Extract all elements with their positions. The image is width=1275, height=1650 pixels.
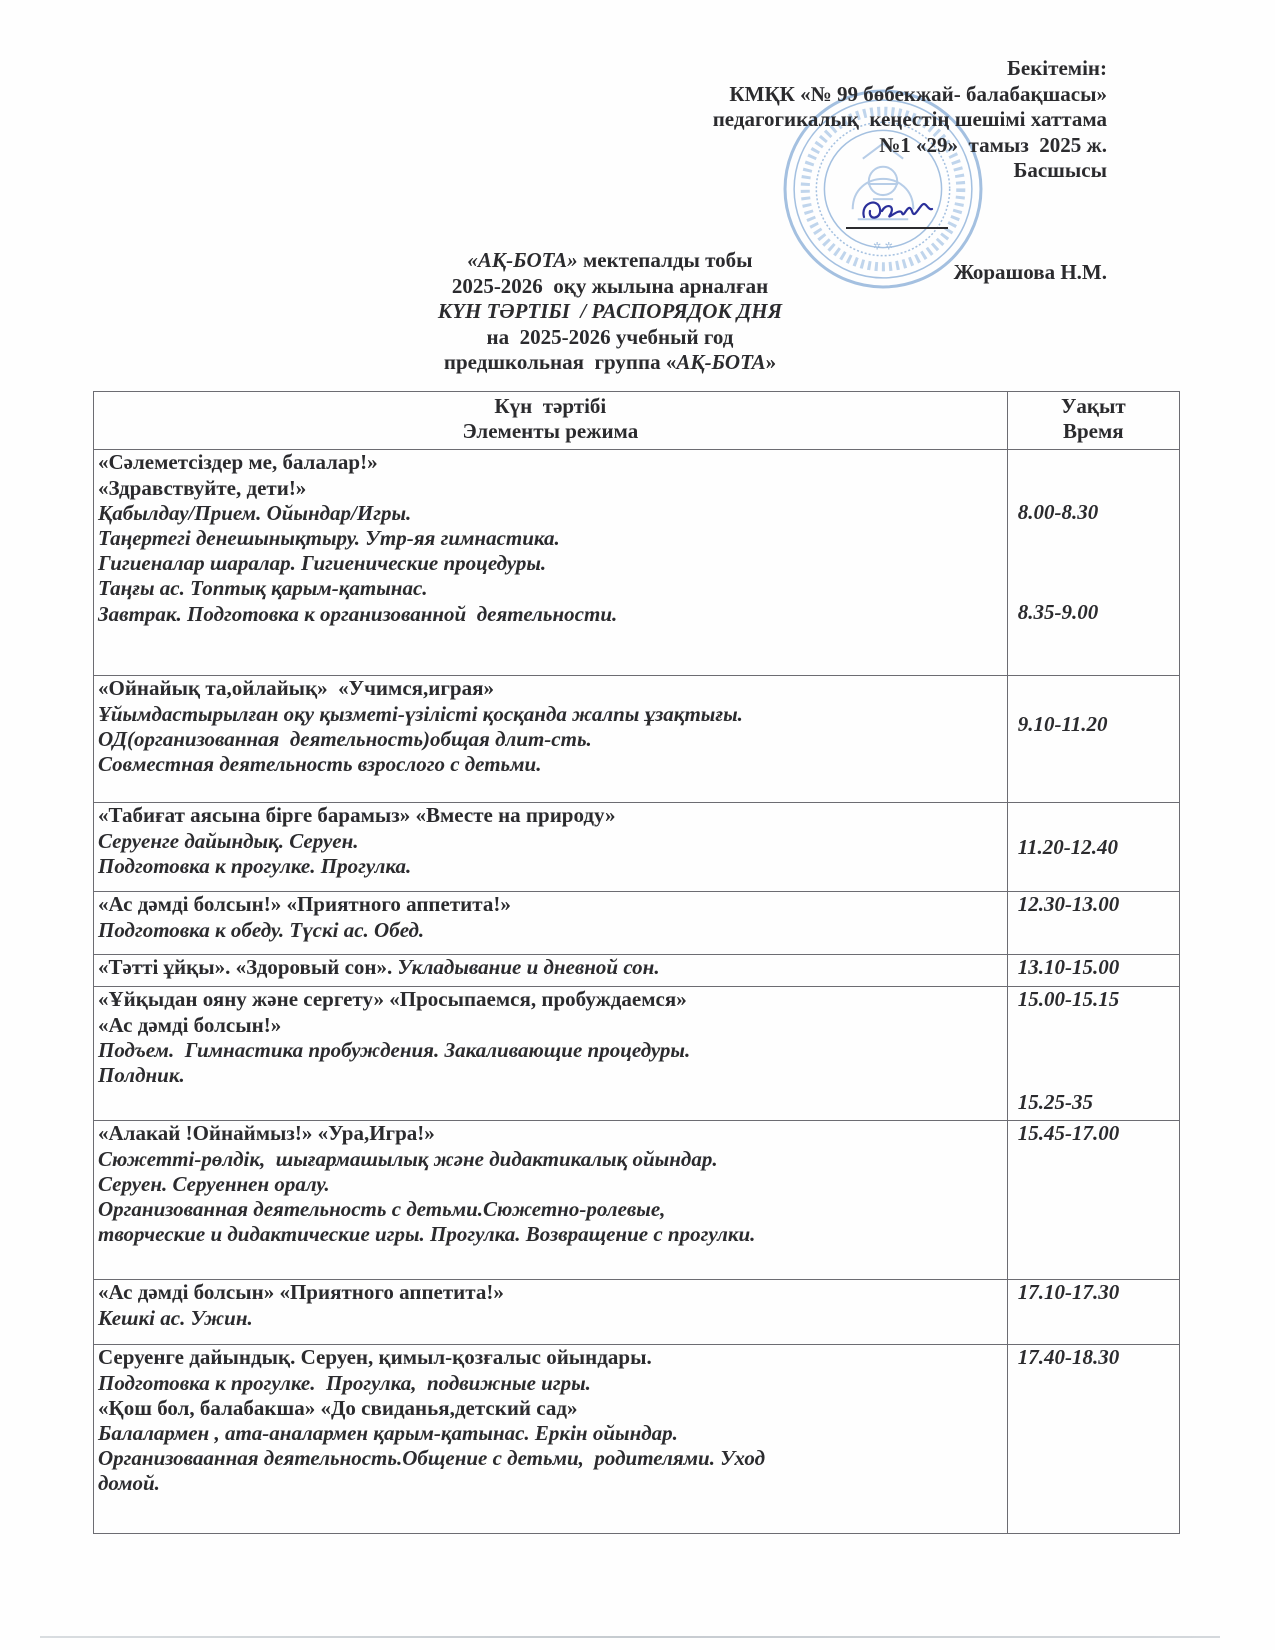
- schedule-activity-cell: «Ас дәмді болсын» «Приятного аппетита!»К…: [94, 1280, 1008, 1345]
- activity-line: Подъем. Гимнастика пробуждения. Закалива…: [98, 1038, 1003, 1063]
- approval-line: КМҚК «№ 99 бөбекжай- балабақшасы»: [487, 82, 1107, 108]
- activity-line: «Ас дәмді болсын!»: [98, 1013, 1003, 1038]
- approval-line: №1 «29» тамыз 2025 ж.: [487, 133, 1107, 159]
- time-range: 13.10-15.00: [1018, 955, 1175, 980]
- activity-line: «Ойнайық та,ойлайық» «Учимся,играя»: [98, 676, 1003, 701]
- schedule-time-cell: 8.00-8.308.35-9.00: [1007, 450, 1179, 676]
- activity-line: Серуенге дайындық. Серуен, қимыл-қозғалы…: [98, 1345, 1003, 1370]
- activity-line: Гигиеналар шаралар. Гигиенические процед…: [98, 551, 1003, 576]
- activity-line: «Тәтті ұйқы». «Здоровый сон».: [98, 955, 398, 979]
- activity-line: творческие и дидактические игры. Прогулк…: [98, 1222, 1003, 1247]
- table-header-row: Күн тәртібі Элементы режима Уақыт Время: [94, 392, 1180, 450]
- signature-icon: [856, 189, 936, 229]
- time-range: 15.00-15.15: [1018, 987, 1120, 1012]
- schedule-time-cell: 9.10-11.20: [1007, 676, 1179, 803]
- activity-line: «Қош бол, балабакша» «До свиданья,детски…: [98, 1396, 1003, 1421]
- schedule-activity-cell: «Алакай !Ойнаймыз!» «Ура,Игра!»Сюжетті-р…: [94, 1121, 1008, 1280]
- activity-line: Серуен. Серуеннен оралу.: [98, 1172, 1003, 1197]
- activity-line: Совместная деятельность взрослого с деть…: [98, 752, 1003, 777]
- approval-line: педагогикалық кеңестің шешімі хаттама: [487, 107, 1107, 133]
- schedule-activity-cell: «Ас дәмді болсын!» «Приятного аппетита!»…: [94, 892, 1008, 955]
- time-range: 11.20-12.40: [1018, 835, 1118, 860]
- schedule-time-cell: 13.10-15.00: [1007, 955, 1179, 987]
- time-range: 9.10-11.20: [1018, 712, 1108, 737]
- schedule-time-cell: 17.10-17.30: [1007, 1280, 1179, 1345]
- group-title-ru: предшкольная группа «АҚ-БОТА»: [330, 350, 890, 376]
- signature-line: [846, 209, 948, 229]
- activity-line: Таңертегі денешынықтыру. Утр-яя гимнасти…: [98, 526, 1003, 551]
- activity-line: «Ас дәмді болсын» «Приятного аппетита!»: [98, 1280, 1003, 1305]
- time-range: 8.00-8.30: [1018, 500, 1099, 525]
- schedule-activity-cell: «Ұйқыдан ояну және сергету» «Просыпаемся…: [94, 987, 1008, 1121]
- schedule-activity-cell: «Табиғат аясына бірге барамыз» «Вместе н…: [94, 803, 1008, 892]
- table-row: «Тәтті ұйқы». «Здоровый сон». Укладывани…: [94, 955, 1180, 987]
- time-range: 15.25-35: [1018, 1090, 1093, 1115]
- column-header-time: Уақыт Время: [1007, 392, 1179, 450]
- activity-line: Сюжетті-рөлдік, шығармашылық және дидакт…: [98, 1147, 1003, 1172]
- time-range: 17.40-18.30: [1018, 1345, 1175, 1370]
- activity-line: «Здравствуйте, дети!»: [98, 476, 1003, 501]
- activity-line: ОД(организованная деятельность)общая дли…: [98, 727, 1003, 752]
- approval-line: Бекітемін:: [487, 56, 1107, 82]
- table-row: «Ұйқыдан ояну және сергету» «Просыпаемся…: [94, 987, 1180, 1121]
- table-row: «Табиғат аясына бірге барамыз» «Вместе н…: [94, 803, 1180, 892]
- table-row: «Ойнайық та,ойлайық» «Учимся,играя»Ұйымд…: [94, 676, 1180, 803]
- activity-line: «Ас дәмді болсын!» «Приятного аппетита!»: [98, 892, 1003, 917]
- activity-line: Подготовка к обеду. Түскі ас. Обед.: [98, 918, 1003, 943]
- academic-year-ru: на 2025-2026 учебный год: [330, 325, 890, 351]
- approval-line: Басшысы: [487, 158, 1107, 184]
- table-row: «Алакай !Ойнаймыз!» «Ура,Игра!»Сюжетті-р…: [94, 1121, 1180, 1280]
- time-range: 17.10-17.30: [1018, 1280, 1175, 1305]
- daily-schedule-table: Күн тәртібі Элементы режима Уақыт Время …: [93, 391, 1180, 1534]
- activity-line: Подготовка к прогулке. Прогулка.: [98, 854, 1003, 879]
- activity-line: Таңғы ас. Топтық қарым-қатынас.: [98, 576, 1003, 601]
- table-row: «Сәлеметсіздер ме, балалар!»«Здравствуйт…: [94, 450, 1180, 676]
- activity-line: Серуенге дайындық. Серуен.: [98, 829, 1003, 854]
- time-range: 15.45-17.00: [1018, 1121, 1175, 1146]
- table-row: Серуенге дайындық. Серуен, қимыл-қозғалы…: [94, 1345, 1180, 1534]
- schedule-activity-cell: «Сәлеметсіздер ме, балалар!»«Здравствуйт…: [94, 450, 1008, 676]
- table-row: «Ас дәмді болсын» «Приятного аппетита!»К…: [94, 1280, 1180, 1345]
- schedule-time-cell: 15.45-17.00: [1007, 1121, 1179, 1280]
- activity-line: Кешкі ас. Ужин.: [98, 1306, 1003, 1331]
- scan-edge-divider: [40, 1636, 1220, 1638]
- signatory-name: Жорашова Н.М.: [954, 260, 1107, 284]
- activity-line: Қабылдау/Прием. Ойындар/Игры.: [98, 501, 1003, 526]
- activity-line: Организованная деятельность с детьми.Сюж…: [98, 1197, 1003, 1222]
- signatory-line: Жорашова Н.М.: [487, 184, 1107, 312]
- activity-line: «Табиғат аясына бірге барамыз» «Вместе н…: [98, 803, 1003, 828]
- time-range: 8.35-9.00: [1018, 600, 1099, 625]
- schedule-time-cell: 11.20-12.40: [1007, 803, 1179, 892]
- activity-line: Полдник.: [98, 1063, 1003, 1088]
- activity-line: Завтрак. Подготовка к организованной дея…: [98, 602, 1003, 627]
- schedule-time-cell: 15.00-15.1515.25-35: [1007, 987, 1179, 1121]
- schedule-activity-cell: «Тәтті ұйқы». «Здоровый сон». Укладывани…: [94, 955, 1008, 987]
- schedule-activity-cell: Серуенге дайындық. Серуен, қимыл-қозғалы…: [94, 1345, 1008, 1534]
- activity-line: Ұйымдастырылған оқу қызметі-үзілісті қос…: [98, 702, 1003, 727]
- table-row: «Ас дәмді болсын!» «Приятного аппетита!»…: [94, 892, 1180, 955]
- activity-line-tail: Укладывание и дневной сон.: [398, 955, 660, 979]
- time-range: 12.30-13.00: [1018, 892, 1175, 917]
- column-header-elements: Күн тәртібі Элементы режима: [94, 392, 1008, 450]
- activity-line: Балалармен , ата-аналармен қарым-қатынас…: [98, 1421, 1003, 1446]
- schedule-time-cell: 17.40-18.30: [1007, 1345, 1179, 1534]
- activity-line: «Алакай !Ойнаймыз!» «Ура,Игра!»: [98, 1121, 1003, 1146]
- activity-line: «Сәлеметсіздер ме, балалар!»: [98, 450, 1003, 475]
- activity-line: Организоваанная деятельность.Общение с д…: [98, 1446, 1003, 1471]
- schedule-time-cell: 12.30-13.00: [1007, 892, 1179, 955]
- approval-block: Бекітемін: КМҚК «№ 99 бөбекжай- балабақш…: [487, 56, 1107, 311]
- activity-line: Подготовка к прогулке. Прогулка, подвижн…: [98, 1371, 1003, 1396]
- schedule-activity-cell: «Ойнайық та,ойлайық» «Учимся,играя»Ұйымд…: [94, 676, 1008, 803]
- activity-line: домой.: [98, 1471, 1003, 1496]
- activity-line: «Ұйқыдан ояну және сергету» «Просыпаемся…: [98, 987, 1003, 1012]
